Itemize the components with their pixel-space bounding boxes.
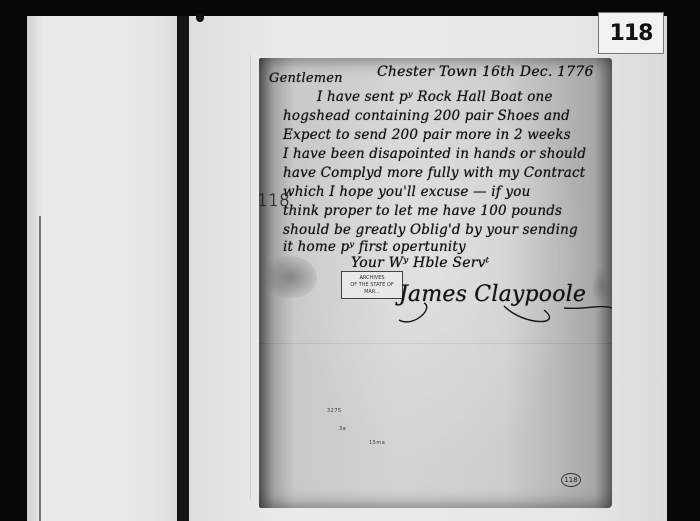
faint-mark: 3a bbox=[339, 426, 346, 432]
letter-line: Expect to send 200 pair more in 2 weeks bbox=[283, 127, 571, 143]
handwritten-letter: Gentlemen Chester Town 16th Dec. 1776 I … bbox=[259, 58, 612, 508]
folder-number-label: 118 bbox=[598, 12, 664, 54]
stamp-line: ARCHIVES bbox=[342, 275, 402, 282]
letter-line: I have been disapointed in hands or shou… bbox=[283, 146, 586, 162]
letter-line: should be greatly Oblig'd by your sendin… bbox=[283, 222, 578, 238]
letter-line: which I hope you'll excuse — if you bbox=[283, 184, 530, 200]
letter-line: have Complyd more fully with my Contract bbox=[283, 165, 585, 181]
letter-salutation: Gentlemen bbox=[269, 71, 343, 86]
paper-fold bbox=[259, 343, 612, 344]
gutter-divider bbox=[177, 16, 189, 521]
film-notch bbox=[196, 14, 204, 22]
faint-mark: 15ma bbox=[369, 440, 385, 446]
archives-stamp: ARCHIVES OF THE STATE OF MAR... bbox=[341, 271, 403, 299]
letter-line: I have sent pʸ Rock Hall Boat one bbox=[317, 89, 553, 105]
page-edge-line bbox=[39, 216, 41, 521]
letter-line: hogshead containing 200 pair Shoes and bbox=[283, 108, 570, 124]
faint-mark: 3275 bbox=[327, 408, 342, 414]
letter-line: it home pʸ first opertunity bbox=[283, 239, 466, 255]
signature-flourish bbox=[394, 298, 612, 328]
circled-page-number: 118 bbox=[561, 473, 581, 487]
letter-line: think proper to let me have 100 pounds bbox=[283, 203, 562, 219]
letter-closing: Your Wʸ Hble Servᵗ bbox=[351, 255, 489, 271]
blank-left-page bbox=[27, 16, 177, 521]
water-stain bbox=[265, 256, 317, 298]
letter-dateline: Chester Town 16th Dec. 1776 bbox=[377, 64, 594, 80]
margin-page-number: 118 bbox=[259, 191, 290, 211]
microfilm-frame: 118 Gentlemen Chester Town 16th Dec. 177… bbox=[0, 0, 700, 521]
stamp-line: MAR... bbox=[342, 289, 402, 296]
stamp-line: OF THE STATE OF bbox=[342, 282, 402, 289]
